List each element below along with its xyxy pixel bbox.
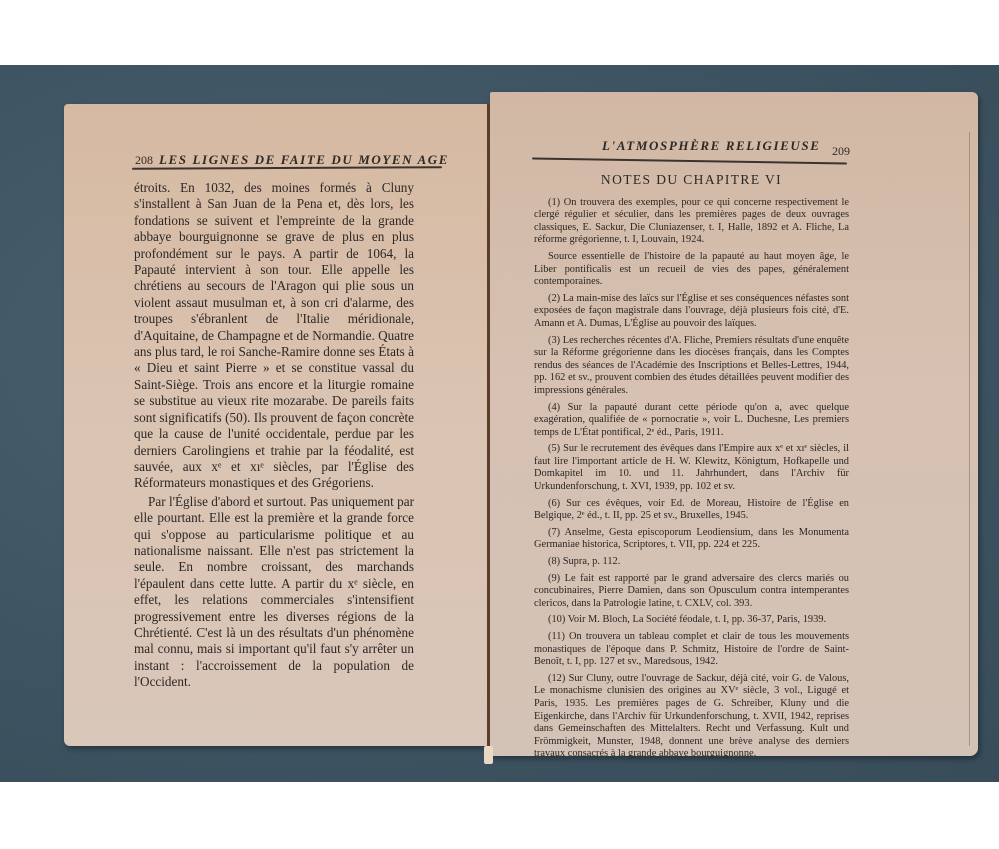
footnote: (9) Le fait est rapporté par le grand ad… bbox=[534, 573, 849, 611]
right-page-number: 209 bbox=[832, 144, 850, 159]
right-running-head-title: L'ATMOSPHÈRE RELIGIEUSE bbox=[602, 138, 821, 154]
footnote: (11) On trouvera un tableau complet et c… bbox=[534, 631, 849, 669]
footnote: (12) Sur Cluny, outre l'ouvrage de Sacku… bbox=[534, 673, 849, 761]
paragraph: étroits. En 1032, des moines formés à Cl… bbox=[134, 180, 414, 492]
footnote: (2) La main-mise des laïcs sur l'Église … bbox=[534, 293, 849, 331]
footnote: (10) Voir M. Bloch, La Société féodale, … bbox=[534, 614, 849, 627]
notes-section-title: NOTES DU CHAPITRE VI bbox=[534, 174, 849, 187]
footnote: (6) Sur ces évêques, voir Ed. de Moreau,… bbox=[534, 498, 849, 523]
footnote: (4) Sur la papauté durant cette période … bbox=[534, 402, 849, 440]
right-page-body: NOTES DU CHAPITRE VI (1) On trouvera des… bbox=[534, 174, 849, 765]
spine-thread bbox=[484, 746, 493, 764]
footnote: (1) On trouvera des exemples, pour ce qu… bbox=[534, 197, 849, 247]
left-running-head-title: LES LIGNES DE FAITE DU MOYEN AGE bbox=[159, 152, 449, 167]
footnote: (8) Supra, p. 112. bbox=[534, 556, 849, 569]
paragraph: Par l'Église d'abord et surtout. Pas uni… bbox=[134, 494, 414, 691]
book-gutter bbox=[487, 104, 490, 754]
left-page-number: 208 bbox=[135, 153, 153, 167]
footnote: (5) Sur le recrutement des évêques dans … bbox=[534, 443, 849, 493]
left-page-body: étroits. En 1032, des moines formés à Cl… bbox=[134, 180, 414, 691]
footnote: (7) Anselme, Gesta episcoporum Leodiensi… bbox=[534, 527, 849, 552]
footnote: (3) Les recherches récentes d'A. Fliche,… bbox=[534, 335, 849, 398]
footnote: Source essentielle de l'histoire de la p… bbox=[534, 251, 849, 289]
